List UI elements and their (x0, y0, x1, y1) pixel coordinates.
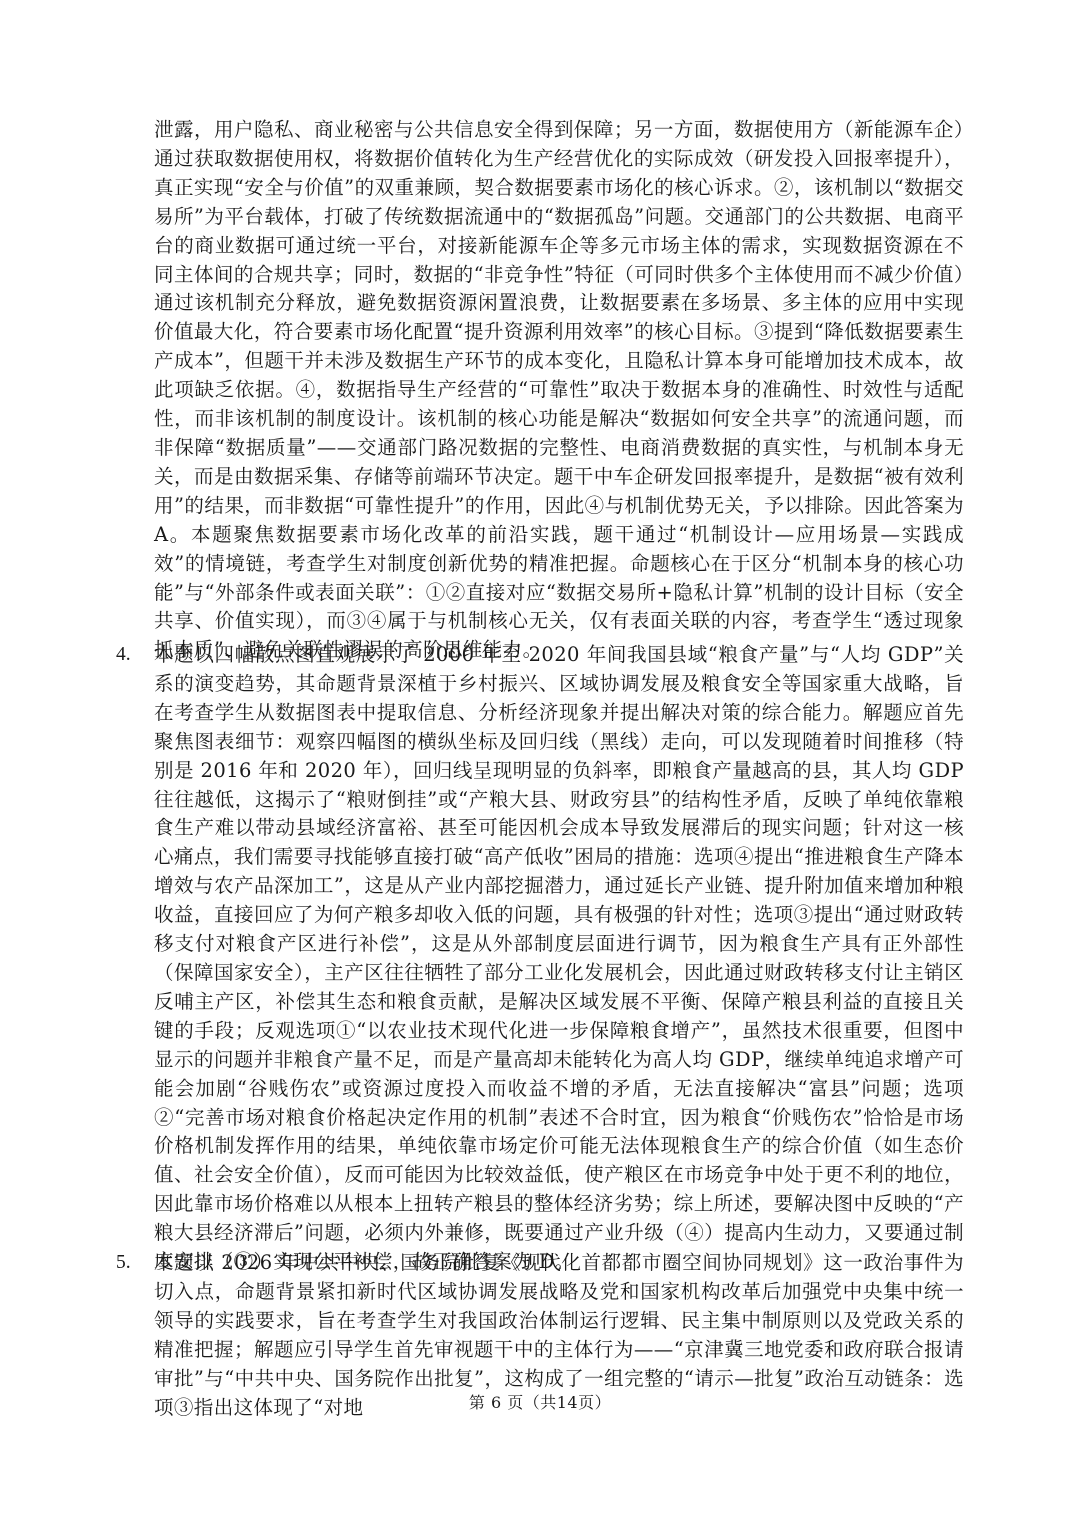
paragraph-text: 本题以四幅散点图直观展示了 2000 年至 2020 年间我国县域“粮食产量”与… (154, 641, 964, 1277)
paragraph-text: 泄露，用户隐私、商业秘密与公共信息安全得到保障；另一方面，数据使用方（新能源车企… (154, 116, 964, 665)
answer-explanation-4: 本题以四幅散点图直观展示了 2000 年至 2020 年间我国县域“粮食产量”与… (154, 641, 964, 1277)
document-page: 泄露，用户隐私、商业秘密与公共信息安全得到保障；另一方面，数据使用方（新能源车企… (0, 0, 1080, 1527)
item-number-5: 5. (116, 1249, 131, 1278)
item-number-4: 4. (116, 641, 131, 670)
answer-explanation-3-continuation: 泄露，用户隐私、商业秘密与公共信息安全得到保障；另一方面，数据使用方（新能源车企… (154, 116, 964, 665)
page-footer: 第 6 页（共14页） (0, 1392, 1080, 1414)
